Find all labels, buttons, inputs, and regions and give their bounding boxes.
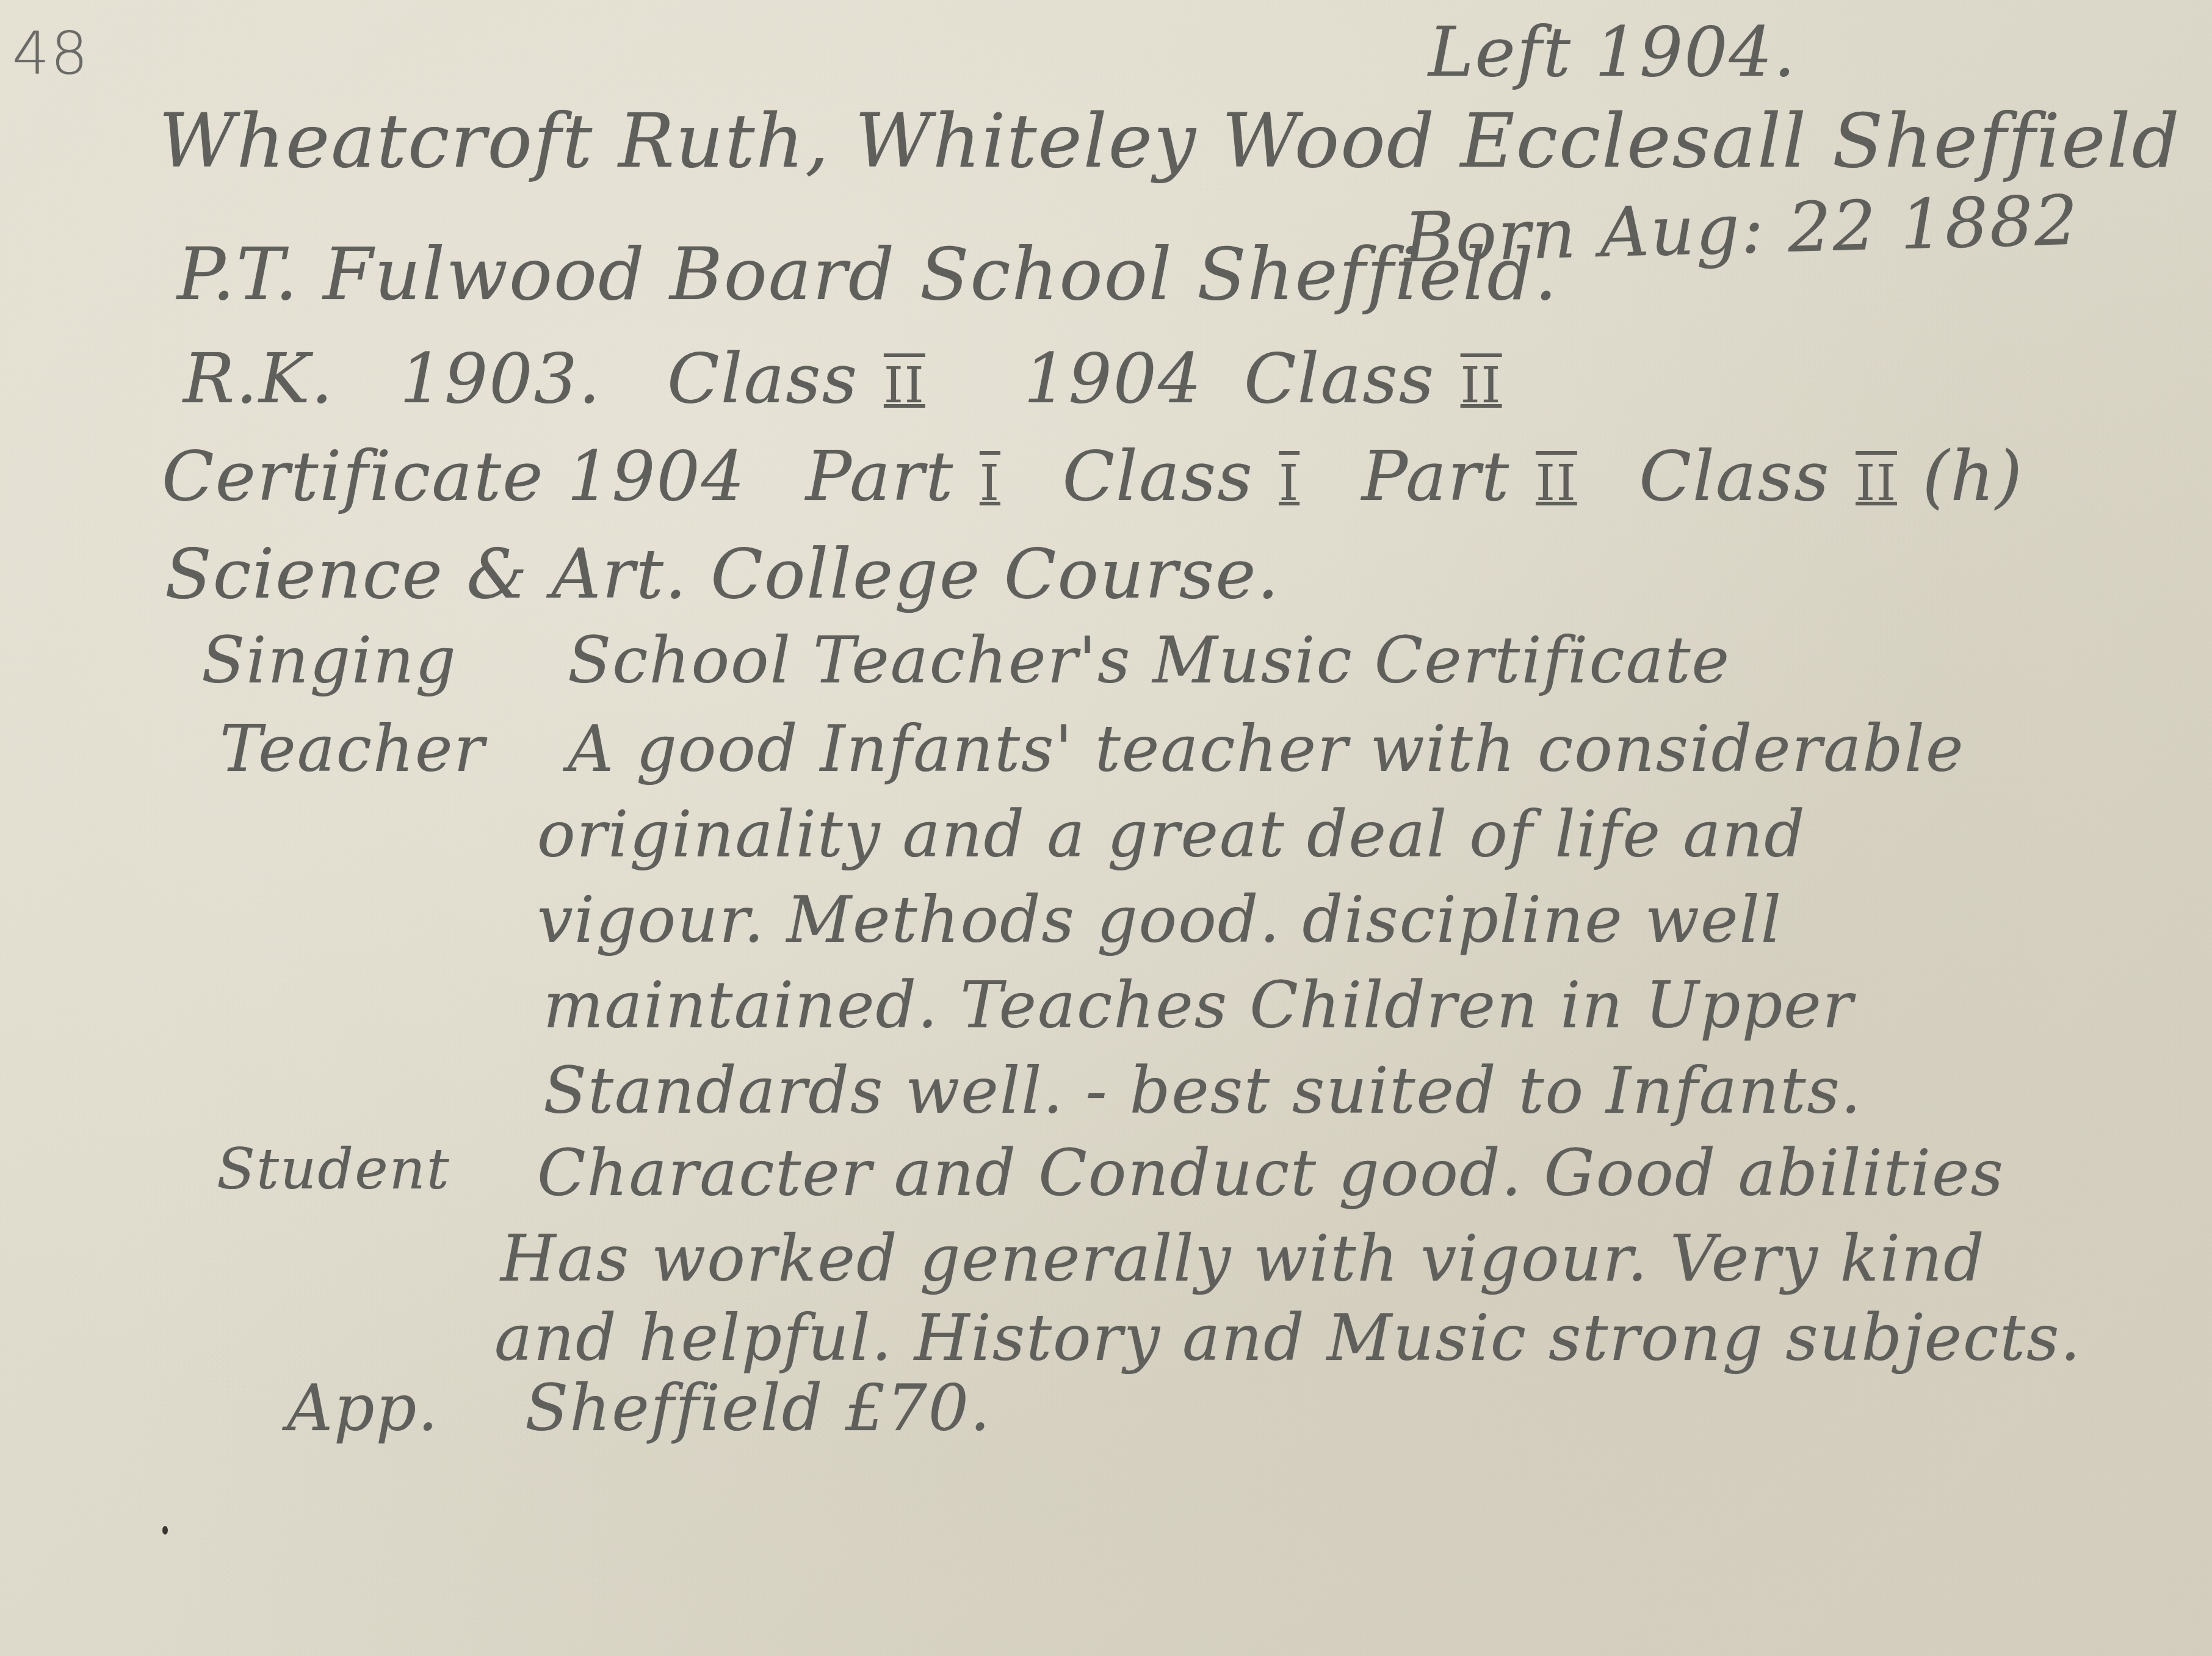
certificate-part-1-class-value: I xyxy=(1276,459,1302,508)
pupil-teacher-school: P.T. Fulwood Board School Sheffield. xyxy=(177,238,1558,310)
teacher-remark-line: vigour. Methods good. discipline well xyxy=(537,888,1782,952)
certificate-part-2-class-value: II xyxy=(1853,459,1899,508)
rk-class-2-value: II xyxy=(1458,361,1505,411)
certificate-part-1-class-label: Class xyxy=(1062,437,1253,516)
certificate-part-1-label: Part xyxy=(806,437,955,516)
rk-results-line: R.K. 1903. Class II 1904 Class II xyxy=(183,345,1504,413)
ink-speck xyxy=(162,1526,168,1535)
rk-class-1-label: Class xyxy=(667,339,858,419)
rk-class-1-value: II xyxy=(881,361,928,411)
student-label: Student xyxy=(217,1141,450,1198)
singing-value: School Teacher's Music Certificate xyxy=(568,629,1730,692)
certificate-part-1-value: I xyxy=(977,459,1003,508)
certificate-part-2-suffix: (h) xyxy=(1922,437,2023,516)
student-remark-line: Character and Conduct good. Good abiliti… xyxy=(537,1141,2004,1205)
teacher-remark-line: originality and a great deal of life and xyxy=(537,803,1806,866)
rk-class-2-label: Class xyxy=(1244,339,1435,419)
rk-year-1904: 1904 xyxy=(1024,339,1202,419)
left-year-note: Left 1904. xyxy=(1428,18,1796,87)
teacher-remark-line: Standards well. - best suited to Infants… xyxy=(543,1059,1862,1123)
name-address-line: Wheatcroft Ruth, Whiteley Wood Ecclesall… xyxy=(159,104,2181,178)
science-art-course: Science & Art. College Course. xyxy=(165,540,1280,609)
record-index-number: 48 xyxy=(12,24,89,83)
teacher-remark-line: maintained. Teaches Children in Upper xyxy=(543,974,1854,1037)
appointment-value: Sheffield £70. xyxy=(525,1376,991,1440)
certificate-line: Certificate 1904 Part I Class I Part II … xyxy=(162,443,2023,511)
certificate-part-2-value: II xyxy=(1533,459,1580,508)
teacher-label: Teacher xyxy=(220,717,485,781)
certificate-label: Certificate 1904 xyxy=(162,437,746,516)
rk-label: R.K. xyxy=(183,339,334,419)
appointment-label: App. xyxy=(287,1376,439,1440)
teacher-remark-line: A good Infants' teacher with considerabl… xyxy=(568,717,1965,781)
certificate-part-2-class-label: Class xyxy=(1639,437,1830,516)
student-remark-line: and helpful. History and Music strong su… xyxy=(494,1306,2081,1370)
rk-year-1903: 1903. xyxy=(400,339,602,419)
singing-label: Singing xyxy=(201,629,457,692)
student-remark-line: Has worked generally with vigour. Very k… xyxy=(501,1227,1986,1290)
certificate-part-2-label: Part xyxy=(1362,437,1511,516)
record-card: 48 Left 1904. Wheatcroft Ruth, Whiteley … xyxy=(0,0,2212,1656)
